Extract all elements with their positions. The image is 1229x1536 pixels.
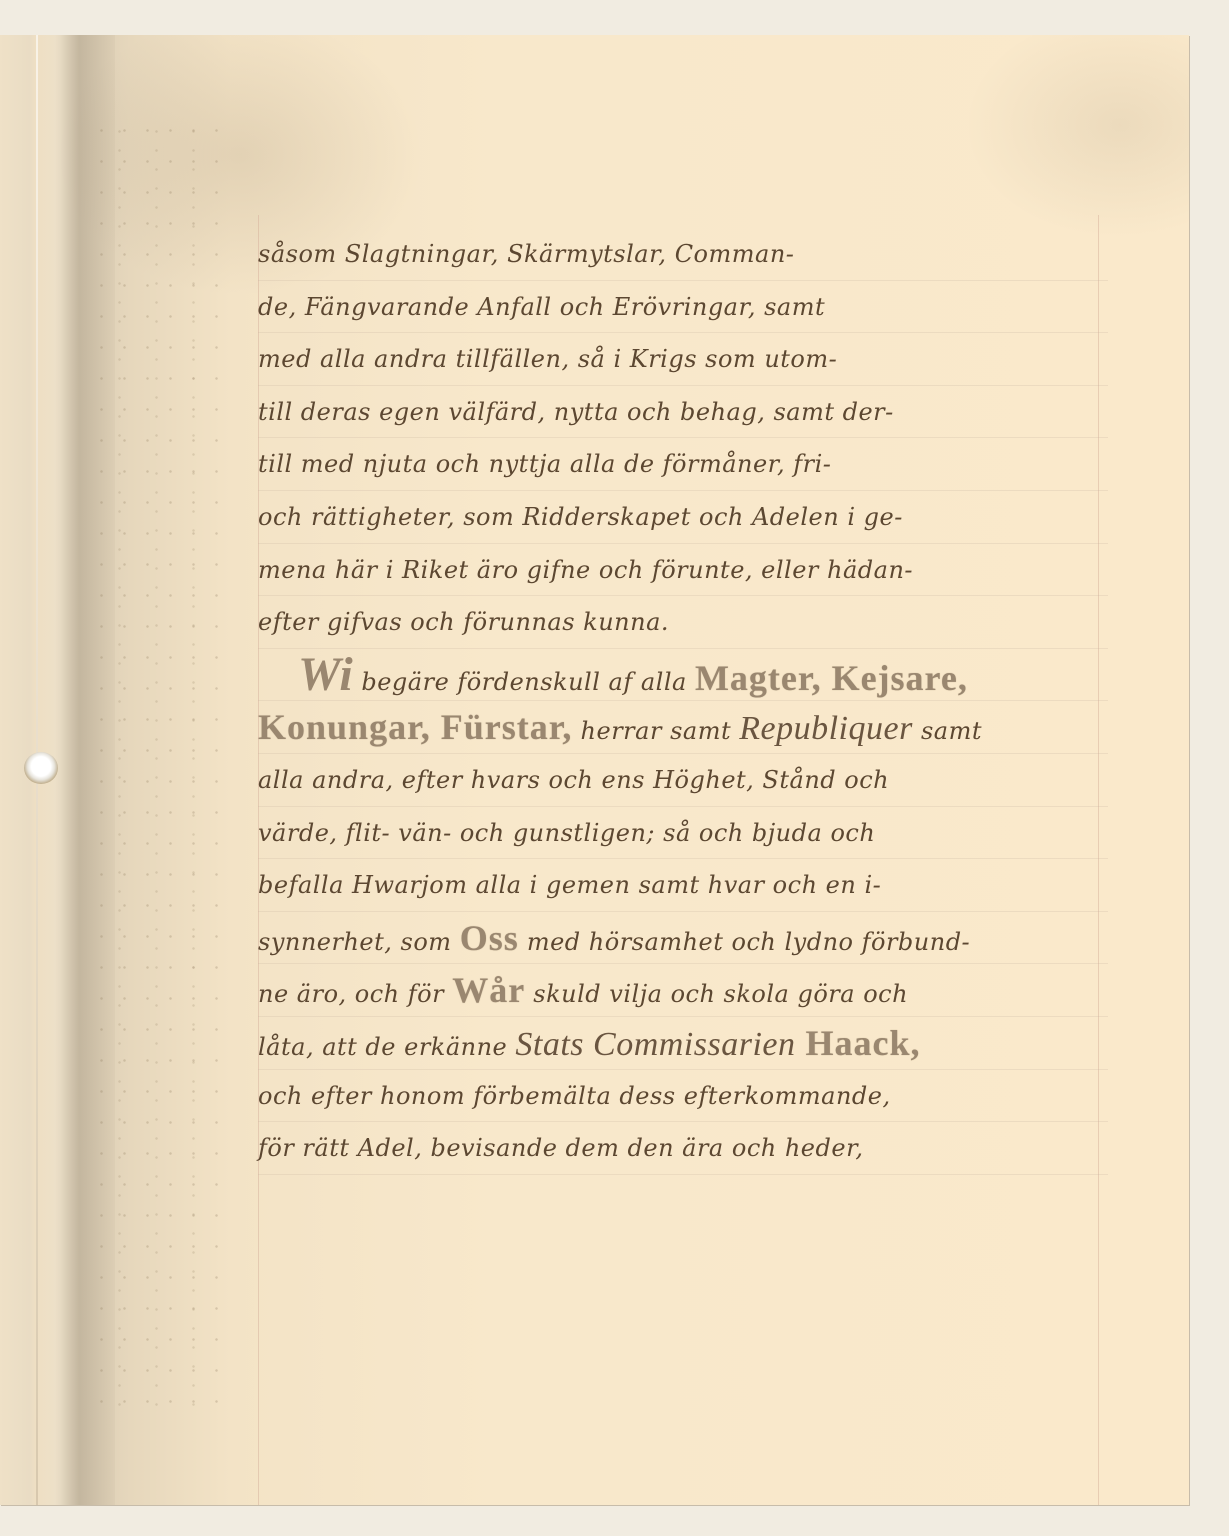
foxing-spots [90,115,220,1415]
line-text: efter gifvas och förunnas kunna. [258,608,669,636]
calligraphic-word: Konungar, [258,707,431,747]
text-line: med alla andra tillfällen, så i Krigs so… [258,333,1108,386]
line-text: med hörsamhet och lydno förbund- [519,928,970,956]
calligraphic-title: Stats Commissarien [515,1026,795,1063]
calligraphic-word: Wår [452,970,525,1010]
line-text: såsom Slagtningar, Skärmytslar, Comman- [258,240,794,268]
text-line: Konungar, Fürstar, herrar samt Republiqu… [258,701,1108,754]
line-text: till deras egen välfärd, nytta och behag… [258,398,894,426]
text-line: synnerhet, som Oss med hörsamhet och lyd… [258,912,1108,965]
calligraphic-word: Kejsare, [822,658,968,698]
text-line: mena här i Riket äro gifne och förunte, … [258,544,1108,597]
text-line: låta, att de erkänne Stats Commissarien … [258,1017,1108,1070]
text-line: de, Fängvarande Anfall och Erövringar, s… [258,281,1108,334]
calligraphic-word: Magter, [695,658,822,698]
text-line: befalla Hwarjom alla i gemen samt hvar o… [258,859,1108,912]
line-text: synnerhet, som [258,928,460,956]
calligraphic-name: Haack, [795,1023,920,1063]
line-text: alla andra, efter hvars och ens Höghet, … [258,766,889,794]
scan-background: såsom Slagtningar, Skärmytslar, Comman- … [0,0,1229,1536]
punch-hole [24,752,58,784]
text-line: alla andra, efter hvars och ens Höghet, … [258,754,1108,807]
calligraphic-word: Oss [460,918,519,958]
line-text: till med njuta och nyttja alla de förmån… [258,450,831,478]
line-text: ne äro, och för [258,980,452,1008]
line-text: och rättigheter, som Ridderskapet och Ad… [258,503,903,531]
line-text: begäre fördenskull af alla [353,668,695,696]
line-text: mena här i Riket äro gifne och förunte, … [258,556,913,584]
line-text: samt [913,717,982,745]
calligraphic-word: Republiquer [739,710,913,747]
line-text: låta, att de erkänne [258,1033,515,1061]
calligraphic-word: Fürstar, [431,707,573,747]
text-line: efter gifvas och förunnas kunna. [258,596,1108,649]
line-text: befalla Hwarjom alla i gemen samt hvar o… [258,871,881,899]
text-line: och rättigheter, som Ridderskapet och Ad… [258,491,1108,544]
text-line: värde, flit- vän- och gunstligen; så och… [258,807,1108,860]
text-line: Wi begäre fördenskull af alla Magter, Ke… [258,649,1108,702]
text-line: ne äro, och för Wår skuld vilja och skol… [258,964,1108,1017]
line-text: värde, flit- vän- och gunstligen; så och… [258,819,875,847]
line-text: för rätt Adel, bevisande dem den ära och… [258,1134,864,1162]
text-line: till med njuta och nyttja alla de förmån… [258,438,1108,491]
line-text: och efter honom förbemälta dess efterkom… [258,1082,891,1110]
line-text: med alla andra tillfällen, så i Krigs so… [258,345,837,373]
text-line: till deras egen välfärd, nytta och behag… [258,386,1108,439]
line-text: herrar samt [572,717,739,745]
line-text: skuld vilja och skola göra och [525,980,908,1008]
decorated-initial: Wi [298,648,353,701]
text-line: för rätt Adel, bevisande dem den ära och… [258,1122,1108,1175]
text-line: och efter honom förbemälta dess efterkom… [258,1070,1108,1123]
line-text: de, Fängvarande Anfall och Erövringar, s… [258,293,825,321]
handwritten-text-block: såsom Slagtningar, Skärmytslar, Comman- … [258,228,1108,1175]
text-line: såsom Slagtningar, Skärmytslar, Comman- [258,228,1108,281]
